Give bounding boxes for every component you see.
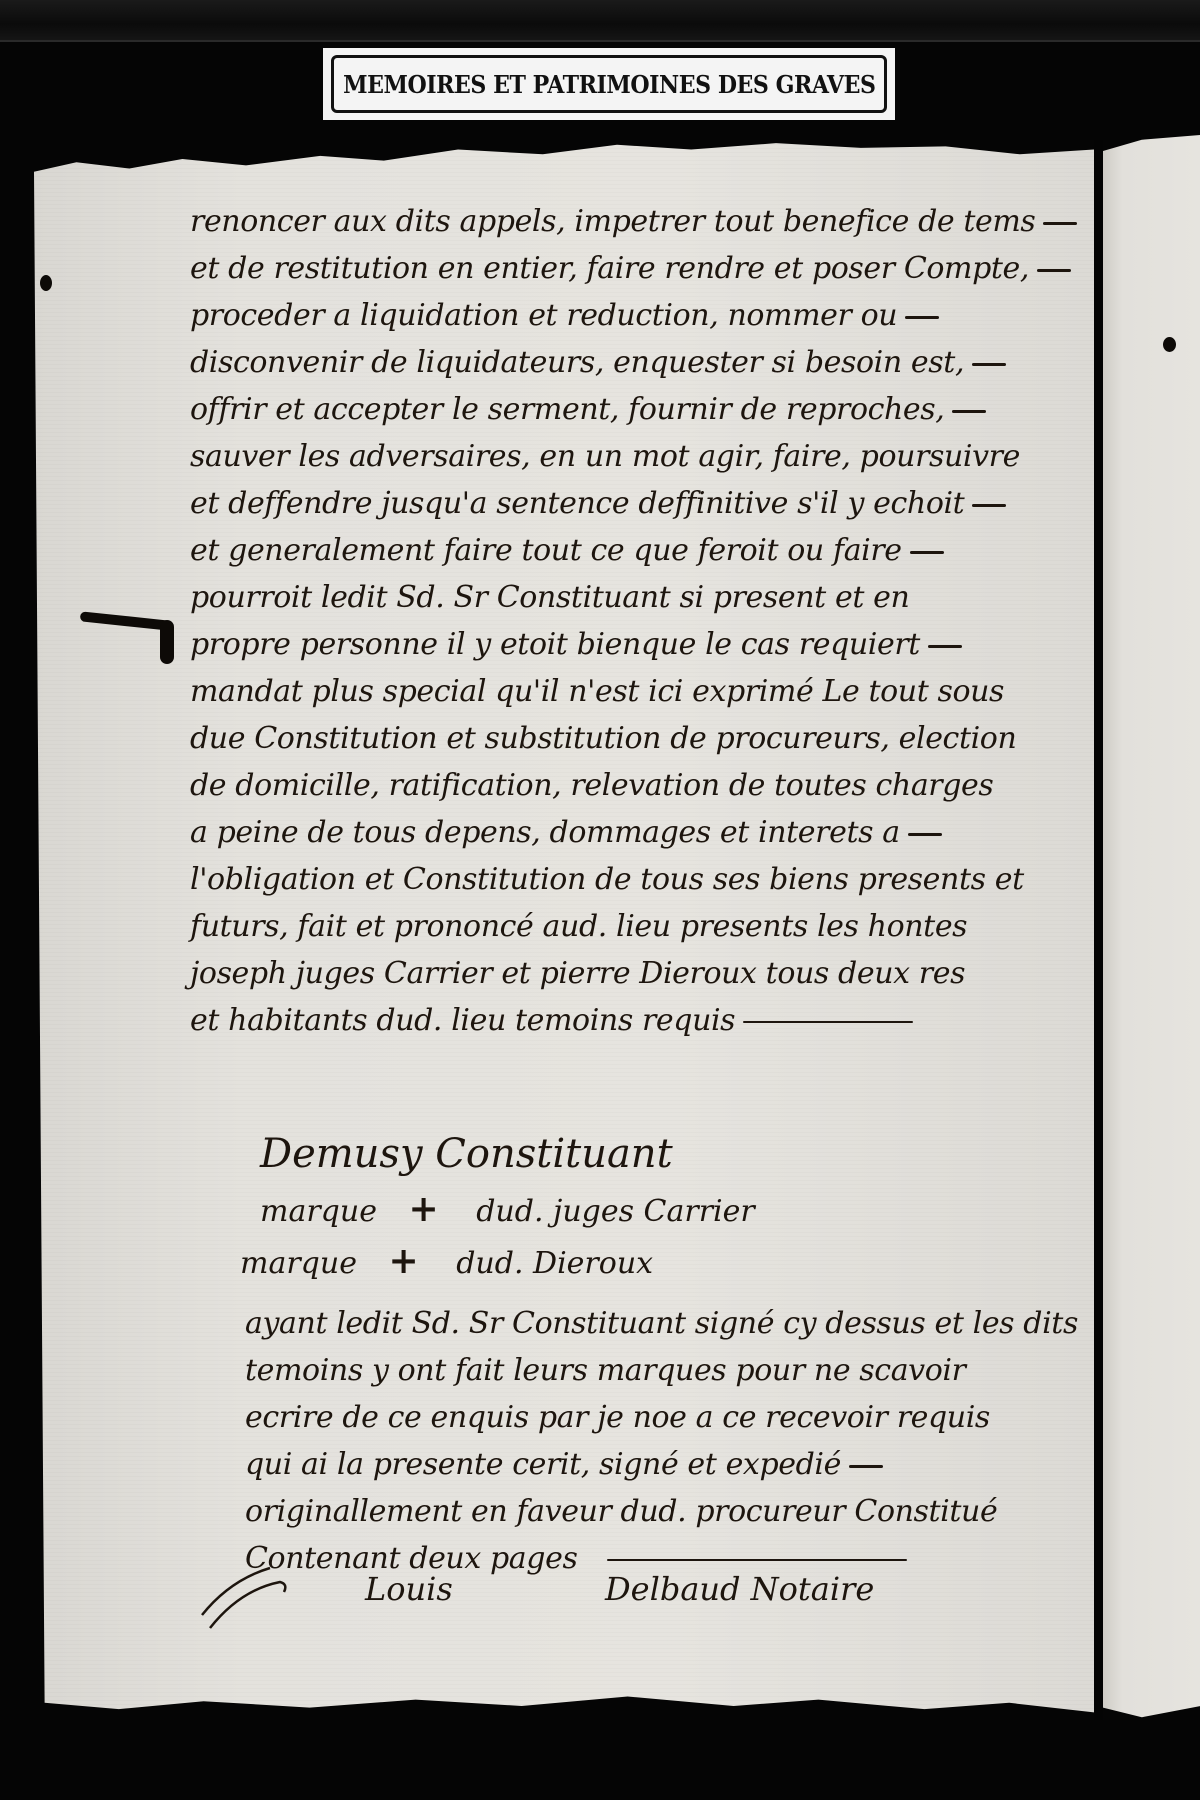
manuscript-line: et de restitution en entier, faire rendr… [190,245,1090,292]
closing-text: ayant ledit Sd. Sr Constituant signé cy … [245,1300,1078,1582]
witness-name: dud. juges Carrier [476,1194,755,1229]
manuscript-line: pourroit ledit Sd. Sr Constituant si pre… [190,574,1090,621]
closing-line: ayant ledit Sd. Sr Constituant signé cy … [245,1300,1078,1347]
constituant-signature: Demusy Constituant [260,1125,960,1183]
manuscript-line: futurs, fait et prononcé aud. lieu prese… [190,903,1090,950]
cross-mark-icon: + [409,1183,439,1235]
archive-label-border: MEMOIRES ET PATRIMOINES DES GRAVES [331,55,887,113]
closing-line: ecrire de ce enquis par je noe a ce rece… [245,1394,1078,1441]
manuscript-line: de domicille, ratification, relevation d… [190,762,1090,809]
closing-line: qui ai la presente cerit, signé et exped… [245,1441,1078,1488]
margin-ink-dot-left [40,275,52,291]
manuscript-text: renoncer aux dits appels, impetrer tout … [190,198,1090,1044]
mark-label: marque [260,1194,377,1229]
witness-mark-row: marque + dud. Dieroux [240,1235,960,1287]
margin-ink-bracket-tail [160,620,174,664]
manuscript-line: et habitants dud. lieu temoins requis [190,997,1090,1044]
manuscript-line: offrir et accepter le serment, fournir d… [190,386,1090,433]
closing-line: originallement en faveur dud. procureur … [245,1488,1078,1535]
manuscript-line: due Constitution et substitution de proc… [190,715,1090,762]
adjacent-page-edge [1103,135,1200,1730]
signature-notaire: Delbaud Notaire [605,1570,874,1608]
manuscript-line: renoncer aux dits appels, impetrer tout … [190,198,1090,245]
closing-line: temoins y ont fait leurs marques pour ne… [245,1347,1078,1394]
manuscript-line: proceder a liquidation et reduction, nom… [190,292,1090,339]
archive-label: MEMOIRES ET PATRIMOINES DES GRAVES [323,48,895,120]
signature-block: Demusy Constituant marque + dud. juges C… [260,1125,960,1287]
manuscript-line: disconvenir de liquidateurs, enquester s… [190,339,1090,386]
manuscript-line: propre personne il y etoit bienque le ca… [190,621,1090,668]
manuscript-line: sauver les adversaires, en un mot agir, … [190,433,1090,480]
archive-label-text: MEMOIRES ET PATRIMOINES DES GRAVES [343,70,875,99]
mark-label: marque [240,1246,357,1281]
margin-ink-dot [1163,337,1176,352]
manuscript-line: a peine de tous depens, dommages et inte… [190,809,1090,856]
manuscript-line: mandat plus special qu'il n'est ici expr… [190,668,1090,715]
witness-name: dud. Dieroux [456,1246,653,1281]
frame-top-edge [0,0,1200,42]
witness-mark-row: marque + dud. juges Carrier [260,1183,960,1235]
manuscript-line: et deffendre jusqu'a sentence deffinitiv… [190,480,1090,527]
signature-louis: Louis [365,1570,453,1608]
manuscript-line: et generalement faire tout ce que feroit… [190,527,1090,574]
cross-mark-icon: + [389,1235,419,1287]
flourish-icon [200,1560,290,1630]
manuscript-line: joseph juges Carrier et pierre Dieroux t… [190,950,1090,997]
manuscript-line: l'obligation et Constitution de tous ses… [190,856,1090,903]
